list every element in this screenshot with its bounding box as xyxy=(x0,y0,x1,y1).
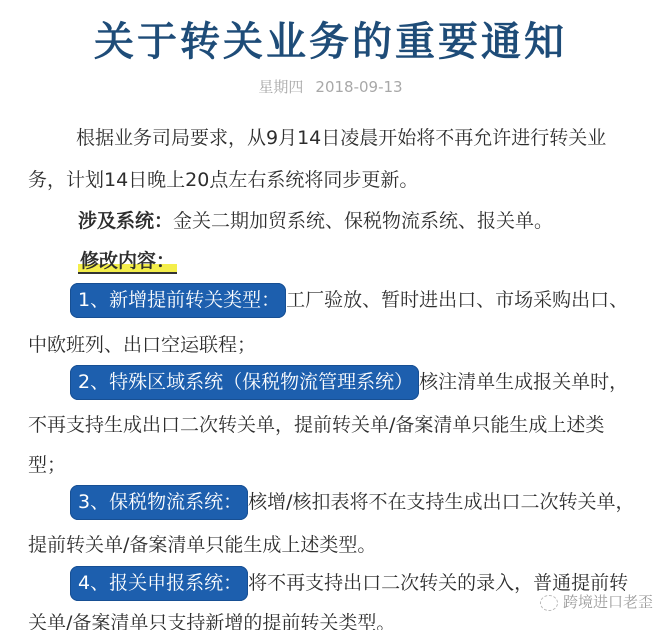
change-item-2-cont: 不再支持生成出口二次转关单，提前转关单/备案清单只能生成上述类 xyxy=(28,412,604,438)
watermark-text: 跨境进口老歪 xyxy=(563,593,653,611)
changes-heading: 修改内容： xyxy=(78,248,177,274)
weekday: 星期四 xyxy=(258,78,303,96)
change-item-1-cont: 中欧班列、出口空运联程； xyxy=(28,332,256,358)
watermark: 跨境进口老歪 xyxy=(540,591,653,612)
publish-date: 2018-09-13 xyxy=(315,78,402,96)
change-item-3-cont: 提前转关单/备案清单只能生成上述类型。 xyxy=(28,532,376,558)
item-text: 核注清单生成报关单时， xyxy=(419,371,628,393)
systems-line: 涉及系统：金关二期加贸系统、保税物流系统、报关单。 xyxy=(78,208,553,234)
item-text: 工厂验放、暂时进出口、市场采购出口、 xyxy=(286,289,628,311)
article-meta: 星期四2018-09-13 xyxy=(0,76,661,98)
article-title: 关于转关业务的重要通知 xyxy=(0,14,661,70)
changes-heading-text: 修改内容： xyxy=(78,250,177,274)
systems-label: 涉及系统： xyxy=(78,210,173,232)
item-badge: 3、保税物流系统： xyxy=(70,485,248,520)
item-badge: 4、报关申报系统： xyxy=(70,566,248,601)
change-item-2: 2、特殊区域系统（保税物流管理系统）核注清单生成报关单时， xyxy=(70,365,628,400)
item-badge: 1、新增提前转关类型： xyxy=(70,283,286,318)
wechat-icon xyxy=(540,595,558,611)
intro-line-2: 务，计划14日晚上20点左右系统将同步更新。 xyxy=(28,167,418,193)
item-text: 核增/核扣表将不在支持生成出口二次转关单， xyxy=(248,491,634,513)
systems-value: 金关二期加贸系统、保税物流系统、报关单。 xyxy=(173,210,553,232)
change-item-3: 3、保税物流系统：核增/核扣表将不在支持生成出口二次转关单， xyxy=(70,485,635,520)
change-item-1: 1、新增提前转关类型：工厂验放、暂时进出口、市场采购出口、 xyxy=(70,283,628,318)
change-item-4-cont: 关单/备案清单只支持新增的提前转关类型。 xyxy=(28,610,395,630)
intro-line-1: 根据业务司局要求，从9月14日凌晨开始将不再允许进行转关业 xyxy=(76,125,606,151)
item-badge: 2、特殊区域系统（保税物流管理系统） xyxy=(70,365,419,400)
change-item-2-cont2: 型； xyxy=(28,452,66,478)
